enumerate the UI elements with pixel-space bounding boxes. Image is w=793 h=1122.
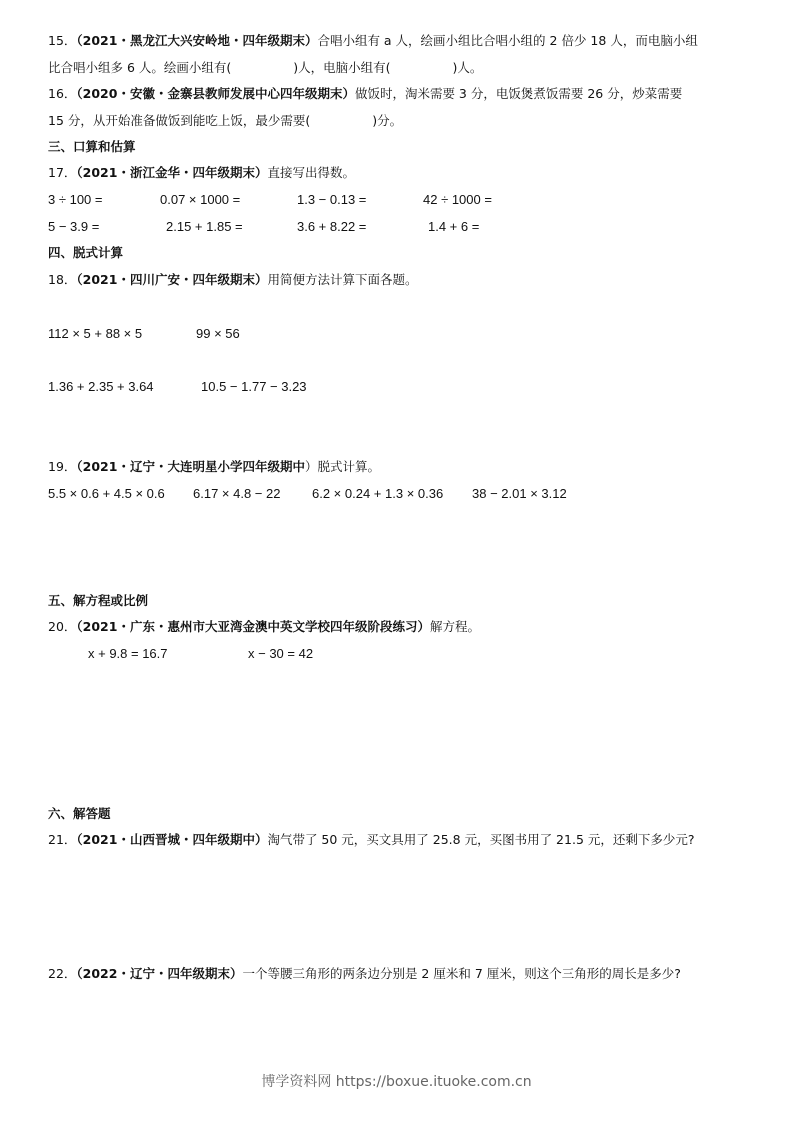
expression: x − 30 = 42 (248, 645, 313, 663)
question-text: 15 分，从开始准备做饭到能吃上饭，最少需要( (48, 113, 310, 128)
question-20: 20．（2021・广东・惠州市大亚湾金澳中英文学校四年级阶段练习）解方程。 (48, 618, 480, 636)
section-heading-3: 三、口算和估算 (48, 138, 136, 156)
question-number: 17． (48, 165, 76, 180)
question-number: 21． (48, 832, 76, 847)
question-text: )人，电脑小组有( (293, 60, 390, 75)
expression: 6.2 × 0.24 + 1.3 × 0.36 (312, 485, 443, 503)
question-number: 19． (48, 459, 76, 474)
section-heading-6: 六、解答题 (48, 805, 111, 823)
section-heading-5: 五、解方程或比例 (48, 592, 148, 610)
question-source: （2021・辽宁・大连明星小学四年级期中 (76, 459, 305, 474)
expression: 112 × 5 + 88 × 5 (48, 325, 142, 343)
question-18: 18．（2021・四川广安・四年级期末）用简便方法计算下面各题。 (48, 271, 417, 289)
expression: 10.5 − 1.77 − 3.23 (201, 378, 307, 396)
question-source: （2021・浙江金华・四年级期末） (76, 165, 267, 180)
question-number: 16． (48, 86, 76, 101)
expression: 1.4 + 6 = (428, 218, 479, 236)
question-source: （2021・广东・惠州市大亚湾金澳中英文学校四年级阶段练习） (76, 619, 430, 634)
question-source: （2020・安徽・金寨县教师发展中心四年级期末） (76, 86, 355, 101)
question-text: 做饭时，淘米需要 3 分，电饭煲煮饭需要 26 分，炒菜需要 (355, 86, 682, 101)
question-text: 淘气带了 50 元，买文具用了 25.8 元，买图书用了 21.5 元，还剩下多… (267, 832, 694, 847)
question-22: 22．（2022・辽宁・四年级期末）一个等腰三角形的两条边分别是 2 厘米和 7… (48, 965, 681, 983)
question-text: 比合唱小组多 6 人。绘画小组有( (48, 60, 231, 75)
question-16: 16．（2020・安徽・金寨县教师发展中心四年级期末）做饭时，淘米需要 3 分，… (48, 85, 682, 103)
footer-watermark: 博学资料网 https://boxue.ituoke.com.cn (0, 1071, 793, 1091)
question-source: （2021・黑龙江大兴安岭地・四年级期末） (76, 33, 317, 48)
expression: 0.07 × 1000 = (160, 191, 240, 209)
expression: 42 ÷ 1000 = (423, 191, 492, 209)
question-text: 直接写出得数。 (267, 165, 355, 180)
expression: 2.15 + 1.85 = (166, 218, 243, 236)
expression: 5 − 3.9 = (48, 218, 99, 236)
expression: 99 × 56 (196, 325, 240, 343)
question-21: 21．（2021・山西晋城・四年级期中）淘气带了 50 元，买文具用了 25.8… (48, 831, 695, 849)
question-text: )分。 (372, 113, 402, 128)
expression: 3 ÷ 100 = (48, 191, 102, 209)
question-source: （2021・山西晋城・四年级期中） (76, 832, 267, 847)
question-17: 17．（2021・浙江金华・四年级期末）直接写出得数。 (48, 164, 355, 182)
question-16-line2: 15 分，从开始准备做饭到能吃上饭，最少需要()分。 (48, 112, 402, 130)
question-source: （2022・辽宁・四年级期末） (76, 966, 242, 981)
expression: x + 9.8 = 16.7 (88, 645, 168, 663)
question-number: 18． (48, 272, 76, 287)
question-15-line2: 比合唱小组多 6 人。绘画小组有()人，电脑小组有()人。 (48, 59, 482, 77)
expression: 3.6 + 8.22 = (297, 218, 366, 236)
question-text: )人。 (453, 60, 483, 75)
expression: 5.5 × 0.6 + 4.5 × 0.6 (48, 485, 165, 503)
question-number: 20． (48, 619, 76, 634)
question-text: 一个等腰三角形的两条边分别是 2 厘米和 7 厘米，则这个三角形的周长是多少? (242, 966, 680, 981)
question-text: 用简便方法计算下面各题。 (267, 272, 417, 287)
question-19: 19．（2021・辽宁・大连明星小学四年级期中）脱式计算。 (48, 458, 380, 476)
question-number: 22． (48, 966, 76, 981)
expression: 1.36 + 2.35 + 3.64 (48, 378, 154, 396)
section-heading-4: 四、脱式计算 (48, 244, 123, 262)
expression: 6.17 × 4.8 − 22 (193, 485, 280, 503)
question-number: 15． (48, 33, 76, 48)
expression: 38 − 2.01 × 3.12 (472, 485, 567, 503)
question-15: 15．（2021・黑龙江大兴安岭地・四年级期末）合唱小组有 a 人，绘画小组比合… (48, 32, 698, 50)
expression: 1.3 − 0.13 = (297, 191, 366, 209)
question-text: 脱式计算。 (317, 459, 380, 474)
question-text: 解方程。 (430, 619, 480, 634)
question-text: 合唱小组有 a 人，绘画小组比合唱小组的 2 倍少 18 人，而电脑小组 (317, 33, 697, 48)
question-source: （2021・四川广安・四年级期末） (76, 272, 267, 287)
question-source-end: ） (305, 459, 318, 474)
